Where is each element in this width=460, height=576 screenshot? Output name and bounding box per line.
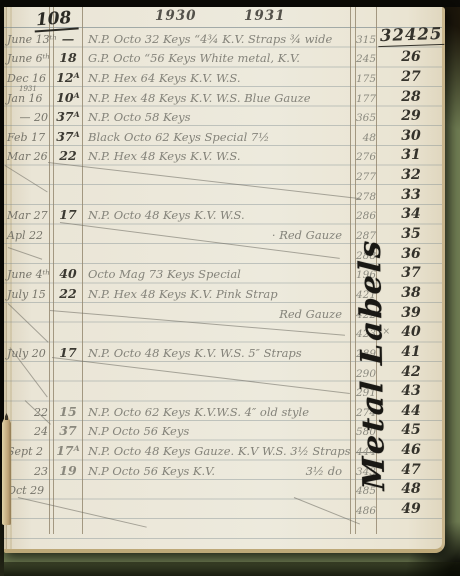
year-heading-1930: 1930 — [155, 8, 197, 24]
entry-date: — 20 — [7, 111, 51, 124]
entry-description: G.P. Octo “56 Keys White metal, K.V. — [88, 51, 348, 65]
entry-description: Octo Mag 73 Keys Special — [88, 267, 348, 281]
year-heading-1931: 1931 — [244, 8, 286, 24]
entry-date: Apl 22 — [7, 229, 51, 242]
entry-quantity: 40 — [53, 266, 83, 281]
entry-quantity: 12ᴬ — [53, 70, 83, 85]
entry-date: Sept 2 — [7, 445, 51, 458]
entry-description: N.P. Octo 48 Keys K.V. W.S. 5″ Straps — [88, 346, 348, 360]
entry-date: June 13ᵗʰ — [7, 33, 51, 46]
entry-stock-number: 276 — [355, 151, 376, 163]
entry-description: Red Gauze — [88, 307, 348, 321]
entry-description: N.P. Hex 48 Keys K.V. Pink Strap — [88, 287, 348, 301]
entry-date: Oct 29 — [7, 484, 51, 497]
ledger-photo: 108 1930 1931 June 13ᵗʰ — N.P. Octo 32 K… — [0, 0, 460, 576]
entry-date: Mar 27 — [7, 209, 51, 222]
entry-quantity: 37ᴬ — [53, 129, 83, 144]
entry-date: 23 — [7, 465, 51, 478]
entry-serial-number: 26 — [379, 49, 443, 65]
entry-stock-number: 177 — [355, 93, 376, 105]
entry-date: Dec 16 — [7, 72, 51, 85]
entry-note: Red Gauze — [279, 307, 348, 321]
entry-date: 24 — [7, 425, 51, 438]
entry-serial-number: 32 — [379, 167, 443, 183]
entry-quantity: 37ᴬ — [53, 109, 83, 124]
entry-serial-number: 28 — [379, 89, 443, 105]
entry-stock-number: 365 — [355, 112, 376, 124]
entry-date-year-superscript: 1931 — [19, 85, 37, 93]
entry-description: N.P. Octo 58 Keys — [88, 110, 348, 124]
entry-serial-number: 32425 — [379, 25, 443, 46]
entry-stock-number: 48 — [355, 132, 376, 144]
entry-date: Mar 26 — [7, 150, 51, 163]
entry-description: N.P. Hex 48 Keys K.V. W.S. — [88, 149, 348, 163]
ledger-row: — 20 37ᴬ N.P. Octo 58 Keys 365 29 — [4, 106, 442, 126]
entry-quantity: — — [53, 31, 83, 46]
entry-description: N.P. Octo 32 Keys “4¾ K.V. Straps ¾ wide — [88, 32, 348, 46]
ledger-page: 108 1930 1931 June 13ᵗʰ — N.P. Octo 32 K… — [4, 7, 445, 553]
entry-stock-number: 245 — [355, 53, 376, 65]
ledger-row: June 6ᵗʰ 18 G.P. Octo “56 Keys White met… — [4, 47, 442, 67]
photo-edge-top — [0, 0, 460, 7]
entry-note: · Red Gauze — [272, 228, 348, 242]
entry-quantity: 10ᴬ — [53, 90, 83, 105]
entry-description: N.P. Octo 48 Keys Gauze. K.V W.S. 3½ Str… — [88, 444, 348, 458]
entry-stock-number: 315 — [355, 34, 376, 46]
entry-date: July 15 — [7, 288, 51, 301]
ledger-row: Feb 17 37ᴬ Black Octo 62 Keys Special 7½… — [4, 125, 442, 145]
entry-serial-number: 30 — [379, 128, 443, 144]
ledger-row: Mar 26 22 N.P. Hex 48 Keys K.V. W.S. 276… — [4, 145, 442, 165]
entry-description: N.P Octo 56 Keys — [88, 424, 348, 438]
ledger-row: Jan 161931 10ᴬ N.P. Hex 48 Keys K.V. W.S… — [4, 86, 442, 106]
entry-quantity: 18 — [53, 50, 83, 65]
entry-description: N.P. Hex 48 Keys K.V. W.S. Blue Gauze — [88, 91, 348, 105]
entry-quantity: 19 — [53, 463, 83, 478]
entry-quantity: 17ᴬ — [53, 443, 83, 458]
entry-serial-number: 33 — [379, 187, 443, 203]
entry-quantity: 22 — [53, 286, 83, 301]
metal-labels-annotation: Metal Labels — [348, 213, 395, 515]
entry-date: June 4ᵗʰ — [7, 268, 51, 281]
entry-description: N.P. Octo 48 Keys K.V. W.S. — [88, 208, 348, 222]
entry-quantity: 17 — [53, 207, 83, 222]
ledger-row: Dec 16 12ᴬ N.P. Hex 64 Keys K.V. W.S. 17… — [4, 66, 442, 86]
entry-quantity: 15 — [53, 404, 83, 419]
entry-description: N.P Octo 56 Keys K.V.3½ do — [88, 464, 348, 478]
entry-description: N.P. Octo 62 Keys K.V.W.S. 4″ old style — [88, 405, 348, 419]
entry-serial-number: 29 — [379, 108, 443, 124]
entry-serial-number: 27 — [379, 69, 443, 85]
entry-serial-number: 31 — [379, 147, 443, 163]
entry-stock-number: 278 — [355, 191, 376, 203]
entry-quantity: 22 — [53, 148, 83, 163]
entry-description: Black Octo 62 Keys Special 7½ — [88, 130, 348, 144]
entry-stock-number: 175 — [355, 73, 376, 85]
ledger-row: 277 32 — [4, 164, 442, 184]
ledger-row: 278 33 — [4, 184, 442, 204]
entry-stock-number: 277 — [355, 171, 376, 183]
ledger-row: June 13ᵗʰ — N.P. Octo 32 Keys “4¾ K.V. S… — [4, 27, 442, 47]
entry-quantity: 37 — [53, 423, 83, 438]
pencil-in-gutter — [2, 413, 11, 525]
entry-date: June 6ᵗʰ — [7, 52, 51, 65]
entry-date: Feb 17 — [7, 131, 51, 144]
backdrop-shadow-bottom — [0, 562, 460, 576]
entry-note: 3½ do — [306, 464, 348, 478]
entry-date: 22 — [7, 406, 51, 419]
entry-description: N.P. Hex 64 Keys K.V. W.S. — [88, 71, 348, 85]
entry-date: Jan 161931 — [7, 92, 51, 105]
